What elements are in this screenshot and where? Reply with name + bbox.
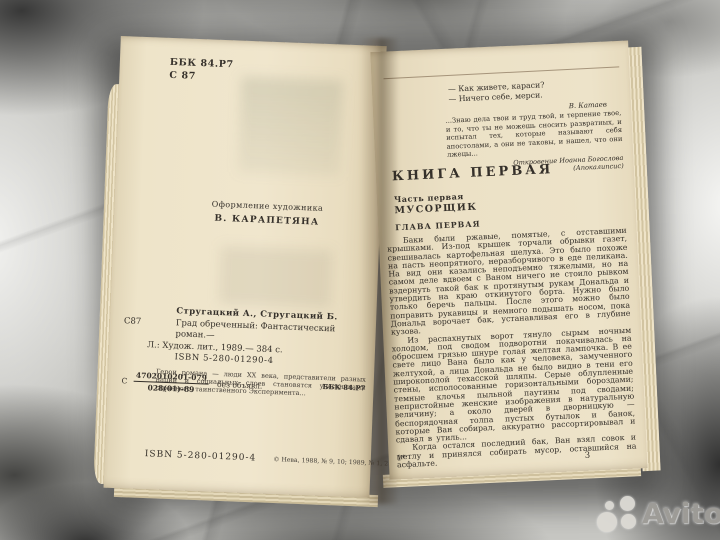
avito-logo-circle	[620, 496, 635, 511]
book-part-heading: КНИГА ПЕРВАЯ	[392, 162, 554, 184]
left-page: ББК 84.Р7 С 87 Оформление художника В. К…	[104, 36, 387, 498]
part-title: МУСОРЩИК	[394, 202, 478, 217]
bbk-right: ББК 84.Р7	[322, 382, 365, 393]
epigraph-scripture-text: ...Знаю дела твои и труд твой, и терпени…	[445, 109, 623, 160]
avito-watermark: Avito	[596, 495, 720, 537]
page-showthrough-blot	[238, 77, 344, 177]
signature-mark: 1*	[397, 453, 406, 462]
avito-logo-circle	[621, 514, 636, 529]
index-suffix: без объявл.	[217, 380, 263, 391]
index-denominator: 028(01)-89	[133, 382, 208, 395]
index-fraction: 4702010201-079 028(01)-89	[133, 371, 209, 395]
body-paragraph: Из распахнутых ворот тянуло сырым ночным…	[391, 326, 636, 445]
body-paragraph: Баки были ржавые, помятые, с отставшими …	[387, 227, 631, 337]
right-page: — Как живете, караси? — Ничего себе, мер…	[370, 41, 647, 480]
catalog-code: С87	[124, 316, 142, 328]
footer-isbn: ISBN 5-280-01290-4	[145, 449, 257, 463]
designer-credit: Оформление художника В. КАРАПЕТЯНА	[142, 197, 393, 231]
avito-brand-text: Avito	[642, 497, 720, 530]
avito-logo-circle	[597, 512, 617, 532]
imprint-footer: ISBN 5-280-01290-4 © Нева, 1988, № 9, 10…	[145, 441, 364, 468]
chapter-heading: ГЛАВА ПЕРВАЯ	[395, 219, 481, 232]
page-crease-line	[383, 66, 619, 79]
avito-logo-icon	[596, 495, 642, 535]
page-showthrough-blot	[219, 246, 333, 308]
body-text: Баки были ржавые, помятые, с отставшими …	[387, 227, 637, 470]
page-number: 3	[585, 451, 591, 461]
index-prefix: С	[121, 376, 127, 385]
bbk-classification: ББК 84.Р7 С 87	[169, 56, 234, 84]
avito-logo-circle	[605, 501, 614, 510]
